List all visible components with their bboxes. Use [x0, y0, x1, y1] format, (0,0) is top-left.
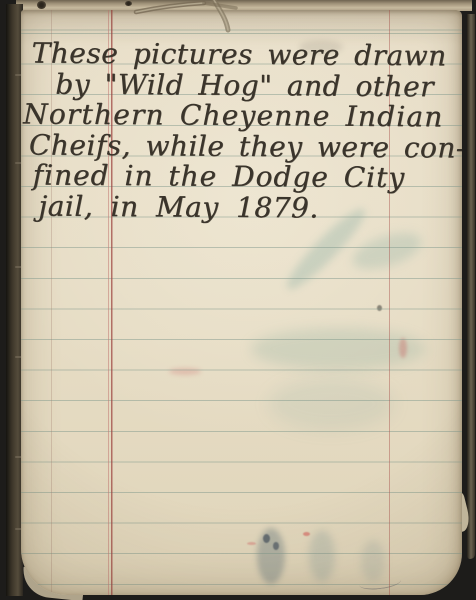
- paper-page: These pictures were drawn by "Wild Hog" …: [21, 10, 462, 595]
- handwritten-text: These pictures were drawn by "Wild Hog" …: [24, 38, 461, 225]
- notebook-page-scan: These pictures were drawn by "Wild Hog" …: [0, 0, 476, 600]
- binding-string: [110, 0, 250, 40]
- string-knot: [37, 1, 46, 9]
- string-knot: [125, 1, 132, 6]
- right-page-stack-edge: [467, 14, 475, 559]
- handwritten-line: jail, in May 1879.: [38, 192, 460, 226]
